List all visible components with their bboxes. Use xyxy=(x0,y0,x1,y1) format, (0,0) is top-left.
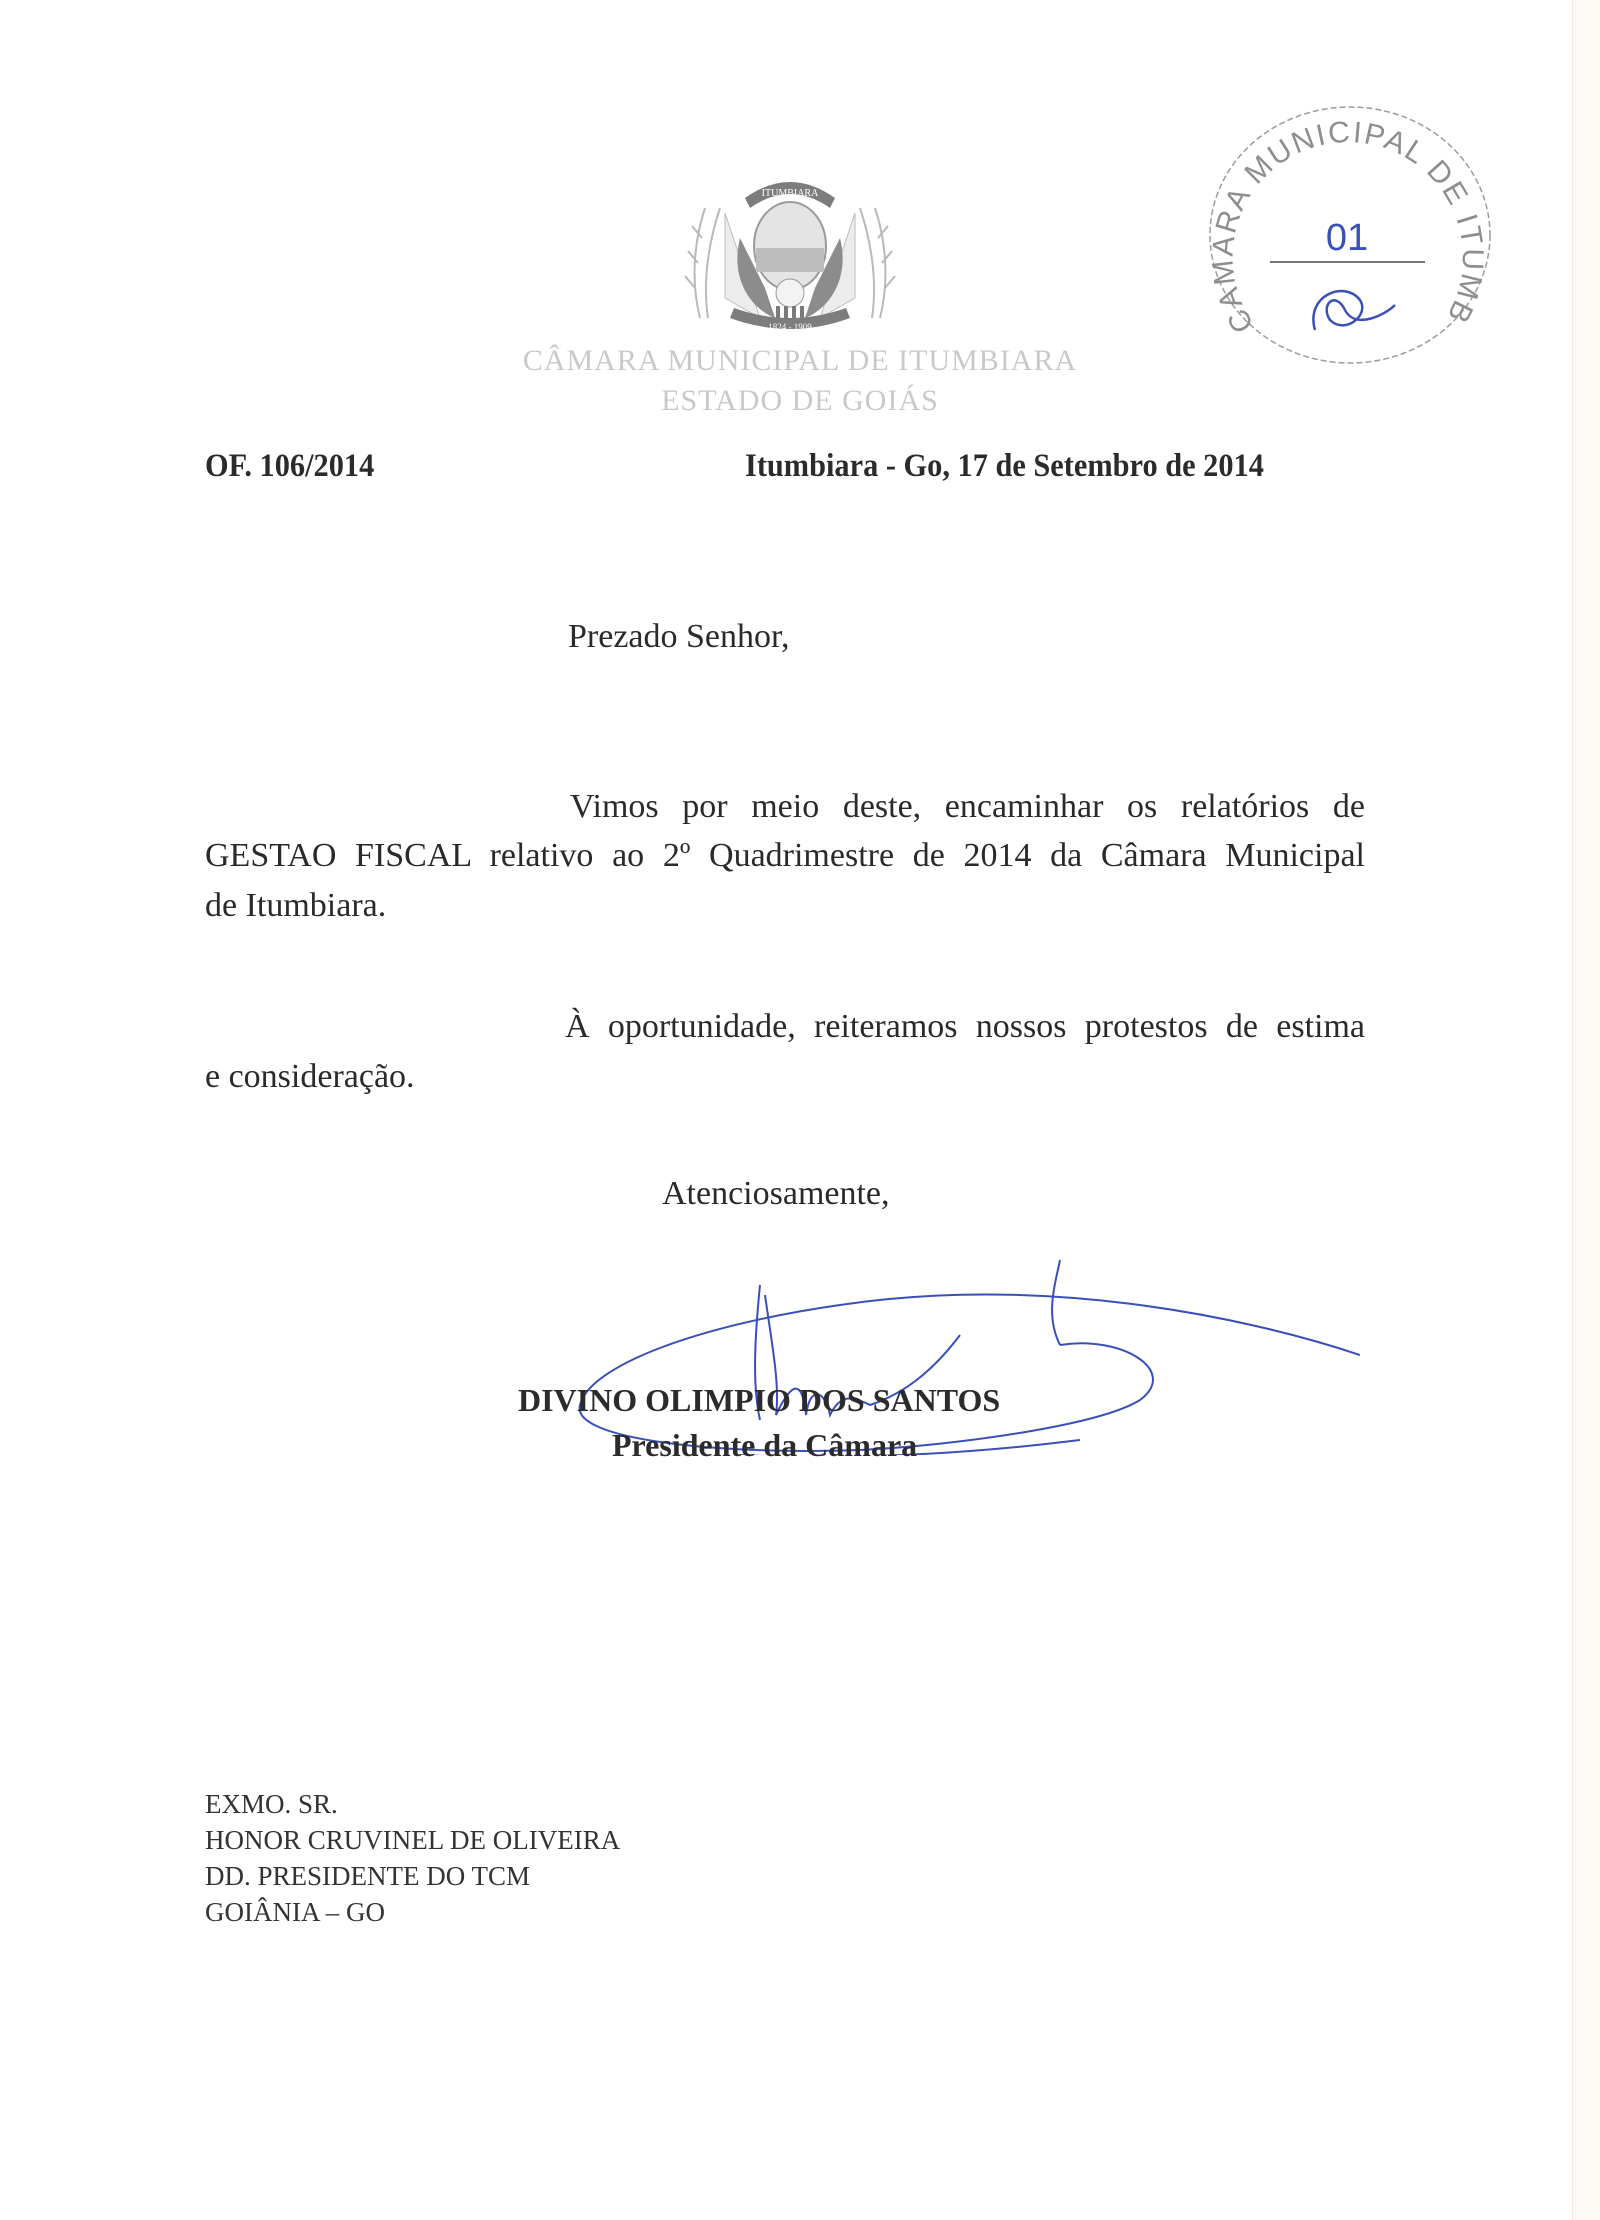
paragraph1-line2: GESTAO FISCAL relativo ao 2º Quadrimestr… xyxy=(205,837,1365,875)
document-reference: OF. 106/2014 xyxy=(205,448,374,485)
crest-ribbon-top: ITUMBIARA xyxy=(762,188,819,199)
signatory-title: Presidente da Câmara xyxy=(612,1427,917,1464)
letterhead-institution: CÂMARA MUNICIPAL DE ITUMBIARA xyxy=(400,344,1200,378)
place-and-date: Itumbiara - Go, 17 de Setembro de 2014 xyxy=(745,448,1264,485)
paragraph1-line3: de Itumbiara. xyxy=(205,887,386,925)
crest-ribbon-bottom: 1824 - 1909 xyxy=(768,322,812,332)
recipient-block: EXMO. SR. HONOR CRUVINEL DE OLIVEIRA DD.… xyxy=(205,1786,620,1930)
paragraph2-line2: e consideração. xyxy=(205,1058,415,1096)
handwritten-signature-icon xyxy=(540,1255,1360,1455)
letterhead-state: ESTADO DE GOIÁS xyxy=(400,384,1200,418)
stamp-page-number: 01 xyxy=(1326,217,1368,259)
recipient-line: DD. PRESIDENTE DO TCM xyxy=(205,1858,620,1894)
paragraph1-line1: Vimos por meio deste, encaminhar os rela… xyxy=(570,788,1365,826)
salutation: Prezado Senhor, xyxy=(568,618,789,656)
protocol-stamp-icon: CAMARA MUNICIPAL DE ITUMBIARA 01 xyxy=(1195,95,1495,375)
recipient-line: GOIÂNIA – GO xyxy=(205,1894,620,1930)
recipient-line: EXMO. SR. xyxy=(205,1786,620,1822)
page-edge xyxy=(1572,0,1600,2220)
closing: Atenciosamente, xyxy=(662,1175,890,1213)
recipient-line: HONOR CRUVINEL DE OLIVEIRA xyxy=(205,1822,620,1858)
municipal-crest-icon: ITUMBIARA 1824 - 1909 xyxy=(670,168,910,338)
paragraph2-line1: À oportunidade, reiteramos nossos protes… xyxy=(565,1008,1365,1046)
signatory-name: DIVINO OLIMPIO DOS SANTOS xyxy=(518,1382,1000,1419)
